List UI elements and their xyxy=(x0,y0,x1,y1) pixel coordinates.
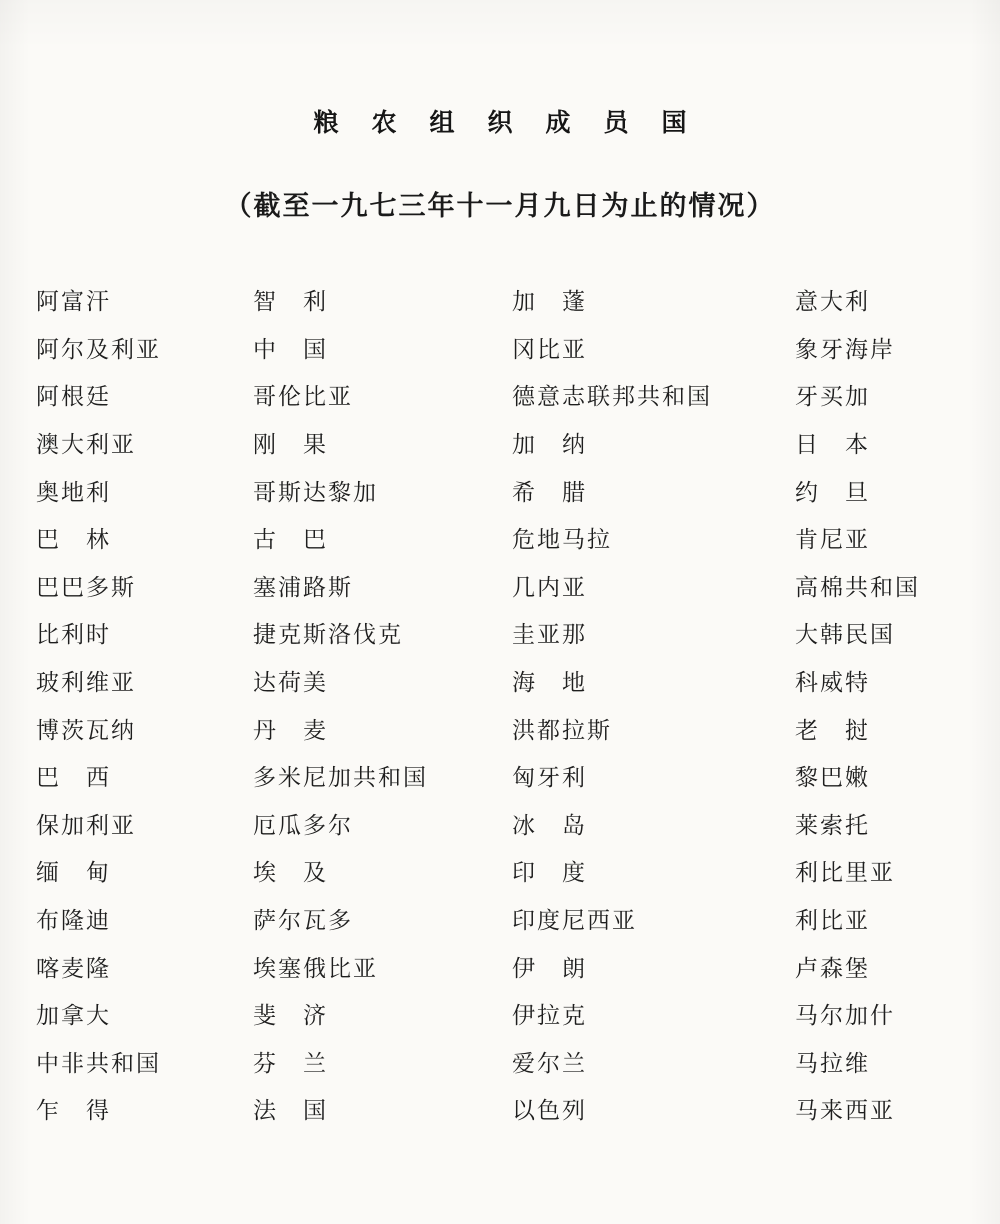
country-column-3: 加 蓬冈比亚德意志联邦共和国加 纳希 腊危地马拉几内亚圭亚那海 地洪都拉斯匈牙利… xyxy=(512,276,792,1133)
country-name: 德意志联邦共和国 xyxy=(512,371,792,419)
country-name: 埃 及 xyxy=(253,847,508,895)
country-name: 奥地利 xyxy=(36,466,251,514)
country-name: 洪都拉斯 xyxy=(512,704,792,752)
scanned-document-page: 粮农组织成员国 （截至一九七三年十一月九日为止的情况） 阿富汗阿尔及利亚阿根廷澳… xyxy=(0,0,1000,1224)
country-name: 危地马拉 xyxy=(512,514,792,562)
country-name: 莱索托 xyxy=(795,800,995,848)
page-subtitle: （截至一九七三年十一月九日为止的情况） xyxy=(0,184,1000,223)
country-name: 海 地 xyxy=(512,657,792,705)
country-name: 利比里亚 xyxy=(795,847,995,895)
country-name: 厄瓜多尔 xyxy=(253,800,508,848)
country-name: 中非共和国 xyxy=(36,1038,251,1086)
country-name: 丹 麦 xyxy=(253,704,508,752)
country-name: 澳大利亚 xyxy=(36,419,251,467)
country-name: 阿富汗 xyxy=(36,276,251,324)
country-name: 刚 果 xyxy=(253,419,508,467)
country-name: 巴巴多斯 xyxy=(36,562,251,610)
country-name: 乍 得 xyxy=(36,1085,251,1133)
country-name: 科威特 xyxy=(795,657,995,705)
country-name: 达荷美 xyxy=(253,657,508,705)
country-name: 博茨瓦纳 xyxy=(36,704,251,752)
country-name: 保加利亚 xyxy=(36,800,251,848)
country-name: 伊 朗 xyxy=(512,942,792,990)
country-name: 中 国 xyxy=(253,324,508,372)
country-name: 日 本 xyxy=(795,419,995,467)
country-name: 马拉维 xyxy=(795,1038,995,1086)
country-name: 萨尔瓦多 xyxy=(253,895,508,943)
country-name: 喀麦隆 xyxy=(36,942,251,990)
country-name: 玻利维亚 xyxy=(36,657,251,705)
country-name: 肯尼亚 xyxy=(795,514,995,562)
country-name: 巴 西 xyxy=(36,752,251,800)
country-name: 加 纳 xyxy=(512,419,792,467)
country-name: 埃塞俄比亚 xyxy=(253,942,508,990)
country-name: 哥伦比亚 xyxy=(253,371,508,419)
country-name: 意大利 xyxy=(795,276,995,324)
country-name: 多米尼加共和国 xyxy=(253,752,508,800)
country-name: 冈比亚 xyxy=(512,324,792,372)
country-name: 牙买加 xyxy=(795,371,995,419)
country-name: 加 蓬 xyxy=(512,276,792,324)
country-name: 马来西亚 xyxy=(795,1085,995,1133)
country-name: 捷克斯洛伐克 xyxy=(253,609,508,657)
country-name: 巴 林 xyxy=(36,514,251,562)
country-name: 大韩民国 xyxy=(795,609,995,657)
country-name: 印度尼西亚 xyxy=(512,895,792,943)
country-name: 爱尔兰 xyxy=(512,1038,792,1086)
country-name: 智 利 xyxy=(253,276,508,324)
country-name: 法 国 xyxy=(253,1085,508,1133)
country-column-2: 智 利中 国哥伦比亚刚 果哥斯达黎加古 巴塞浦路斯捷克斯洛伐克达荷美丹 麦多米尼… xyxy=(253,276,508,1133)
country-name: 几内亚 xyxy=(512,562,792,610)
country-name: 高棉共和国 xyxy=(795,562,995,610)
country-name: 加拿大 xyxy=(36,990,251,1038)
country-name: 缅 甸 xyxy=(36,847,251,895)
country-name: 马尔加什 xyxy=(795,990,995,1038)
country-name: 匈牙利 xyxy=(512,752,792,800)
country-name: 希 腊 xyxy=(512,466,792,514)
country-name: 以色列 xyxy=(512,1085,792,1133)
country-name: 印 度 xyxy=(512,847,792,895)
country-name: 圭亚那 xyxy=(512,609,792,657)
country-name: 阿根廷 xyxy=(36,371,251,419)
country-name: 芬 兰 xyxy=(253,1038,508,1086)
country-name: 利比亚 xyxy=(795,895,995,943)
country-name: 布隆迪 xyxy=(36,895,251,943)
country-name: 冰 岛 xyxy=(512,800,792,848)
country-name: 卢森堡 xyxy=(795,942,995,990)
country-column-1: 阿富汗阿尔及利亚阿根廷澳大利亚奥地利巴 林巴巴多斯比利时玻利维亚博茨瓦纳巴 西保… xyxy=(36,276,251,1133)
country-name: 象牙海岸 xyxy=(795,324,995,372)
country-name: 古 巴 xyxy=(253,514,508,562)
country-name: 塞浦路斯 xyxy=(253,562,508,610)
country-name: 老 挝 xyxy=(795,704,995,752)
country-name: 约 旦 xyxy=(795,466,995,514)
country-name: 斐 济 xyxy=(253,990,508,1038)
country-column-4: 意大利象牙海岸牙买加日 本约 旦肯尼亚高棉共和国大韩民国科威特老 挝黎巴嫩莱索托… xyxy=(795,276,995,1133)
country-name: 黎巴嫩 xyxy=(795,752,995,800)
country-name: 比利时 xyxy=(36,609,251,657)
country-name: 伊拉克 xyxy=(512,990,792,1038)
page-title: 粮农组织成员国 xyxy=(0,103,1000,139)
country-name: 阿尔及利亚 xyxy=(36,324,251,372)
country-name: 哥斯达黎加 xyxy=(253,466,508,514)
